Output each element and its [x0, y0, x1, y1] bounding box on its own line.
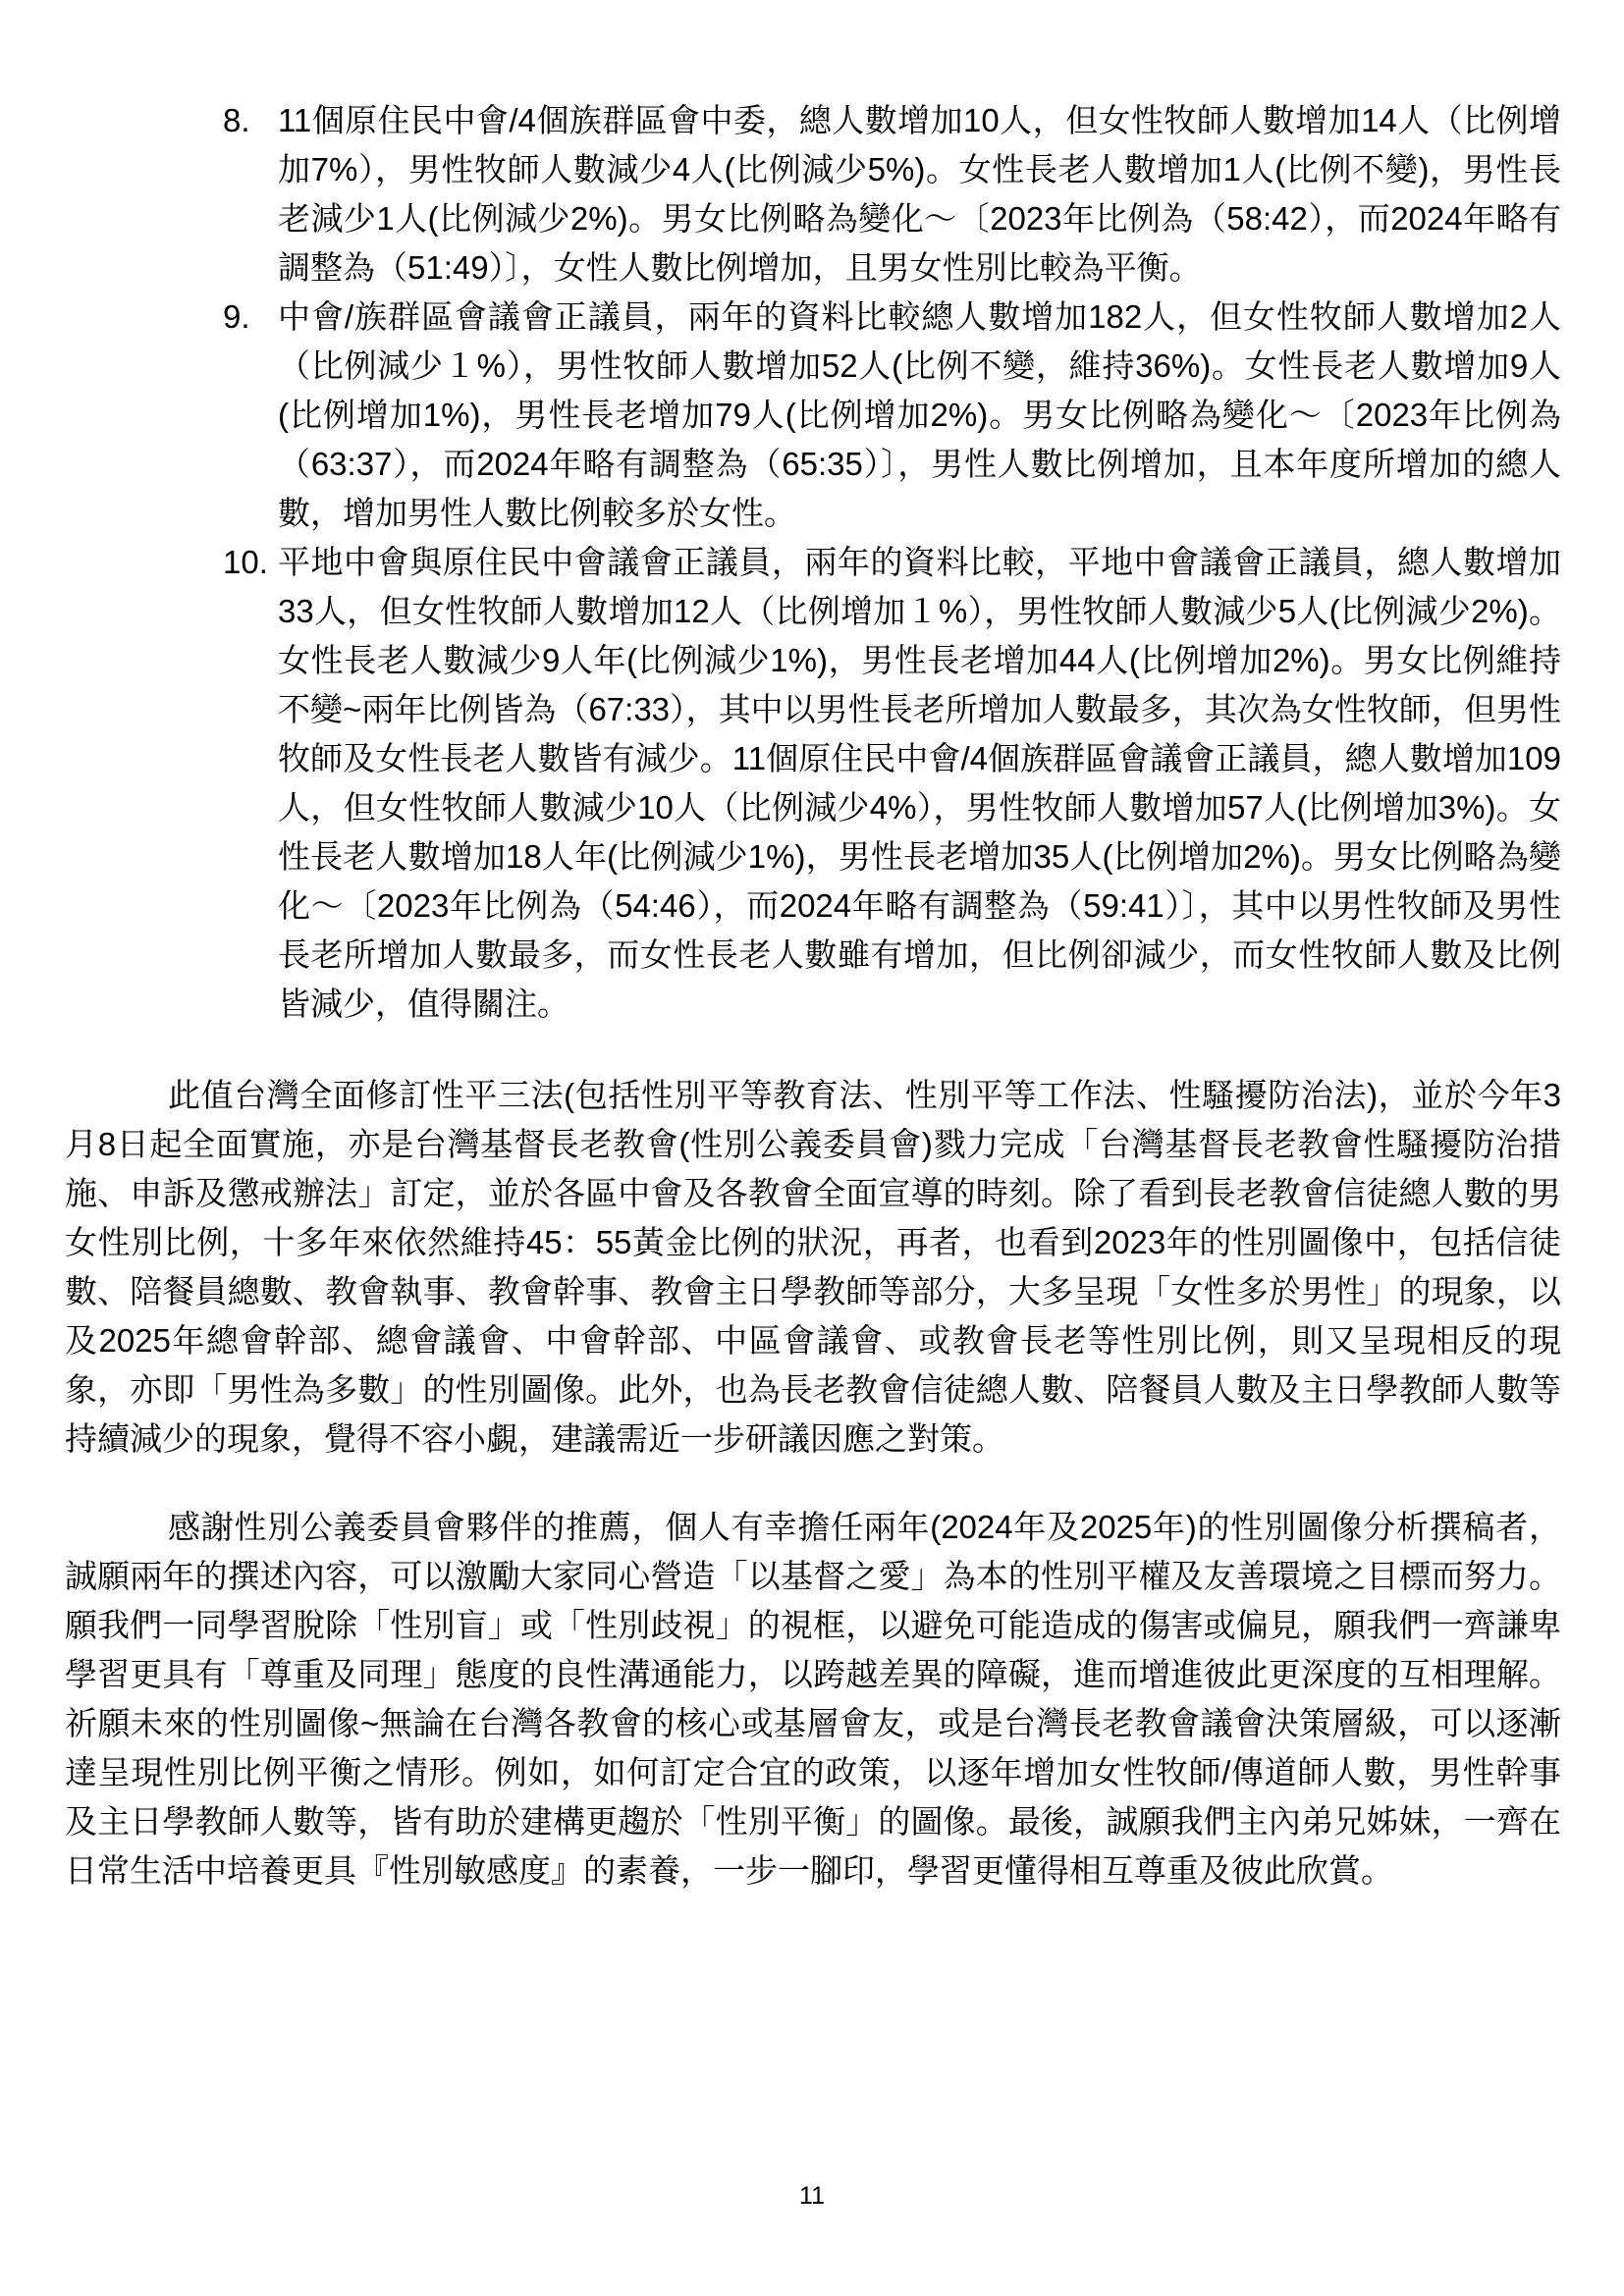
list-item-marker: 10.	[223, 538, 278, 1029]
list-item: 8. 11個原住民中會/4個族群區會中委，總人數增加10人，但女性牧師人數增加1…	[223, 96, 1561, 293]
list-item-marker: 9.	[223, 293, 278, 538]
list-item: 10. 平地中會與原住民中會議會正議員，兩年的資料比較，平地中會議會正議員，總人…	[223, 538, 1561, 1029]
list-item-text: 平地中會與原住民中會議會正議員，兩年的資料比較，平地中會議會正議員，總人數增加3…	[278, 538, 1561, 1029]
paragraph-acknowledgement: 感謝性別公義委員會夥伴的推薦，個人有幸擔任兩年(2024年及2025年)的性別圖…	[65, 1503, 1561, 1896]
paragraph-laws-revision: 此值台灣全面修訂性平三法(包括性別平等教育法、性別平等工作法、性騷擾防治法)，並…	[65, 1071, 1561, 1464]
list-item-text: 中會/族群區會議會正議員，兩年的資料比較總人數增加182人，但女性牧師人數增加2…	[278, 293, 1561, 538]
list-item-marker: 8.	[223, 96, 278, 293]
list-item: 9. 中會/族群區會議會正議員，兩年的資料比較總人數增加182人，但女性牧師人數…	[223, 293, 1561, 538]
list-item-text: 11個原住民中會/4個族群區會中委，總人數增加10人，但女性牧師人數增加14人（…	[278, 96, 1561, 293]
document-page: 8. 11個原住民中會/4個族群區會中委，總人數增加10人，但女性牧師人數增加1…	[0, 0, 1624, 2296]
numbered-list: 8. 11個原住民中會/4個族群區會中委，總人數增加10人，但女性牧師人數增加1…	[0, 0, 1624, 1029]
page-number: 11	[0, 2181, 1624, 2211]
